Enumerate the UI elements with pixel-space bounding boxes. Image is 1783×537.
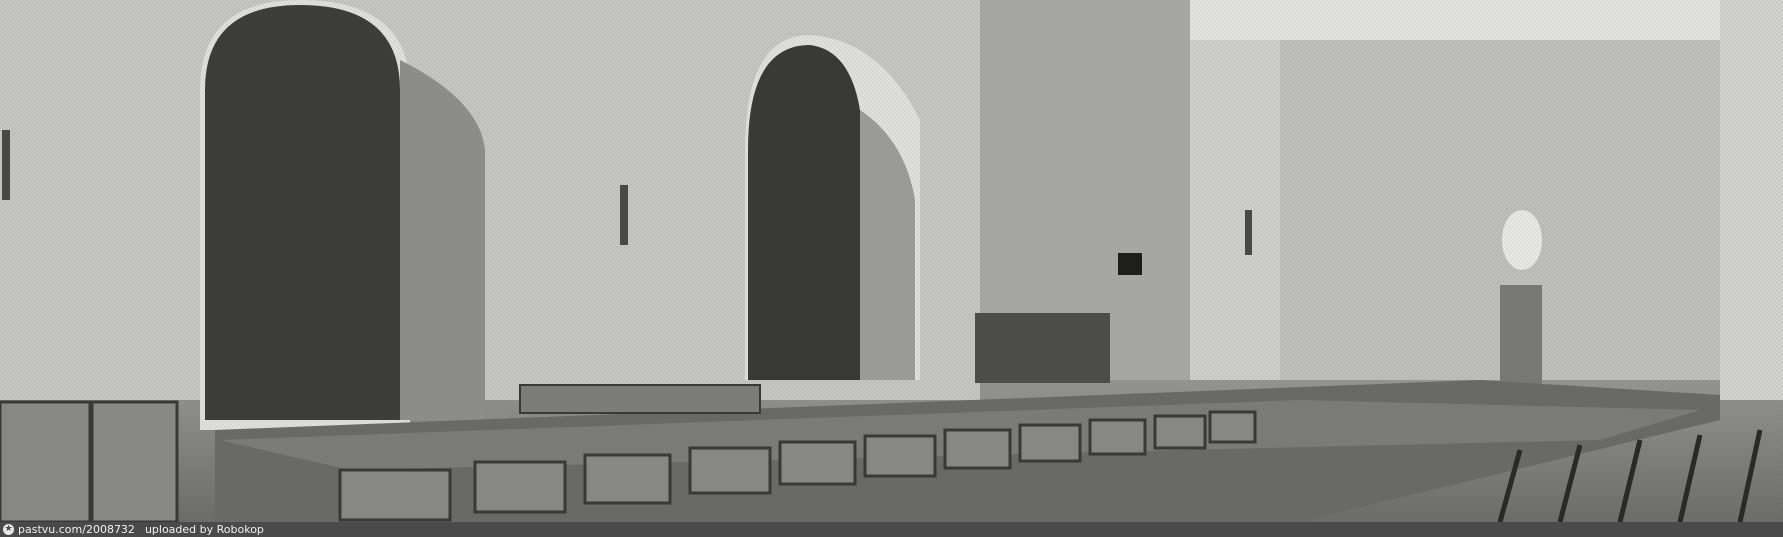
- hall-scene: [0, 0, 1783, 522]
- watermark-uploader: uploaded by Robokop: [145, 522, 264, 537]
- star-icon: ★: [3, 524, 14, 535]
- photo: [0, 0, 1783, 522]
- watermark-site-link[interactable]: pastvu.com/2008732: [18, 522, 135, 537]
- watermark-bar: ★ pastvu.com/2008732 uploaded by Robokop: [0, 522, 1783, 537]
